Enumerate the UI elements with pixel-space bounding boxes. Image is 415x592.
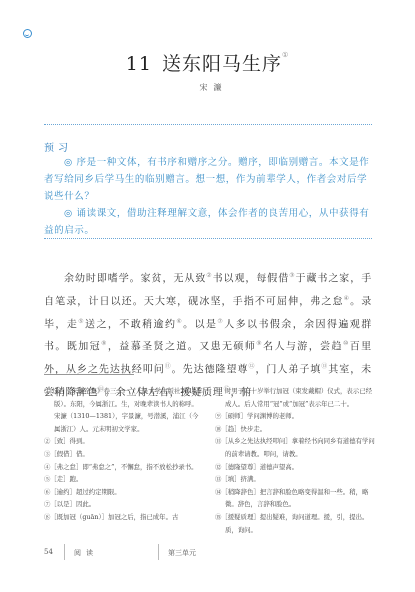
lesson-title-text: 送东阳马生序	[162, 53, 282, 75]
preview-bottom-divider	[44, 238, 372, 239]
footnote: ④［弗之怠］即“弗怠之”，不懈怠，指不放松抄录书。	[44, 461, 204, 474]
preview-paragraph-1: ◎ 序是一种文体，有书序和赠序之分。赠序，即临别赠言。本文是作者写给同乡后学马生…	[44, 154, 372, 205]
preview-top-divider	[44, 124, 372, 125]
smile-icon	[23, 29, 32, 38]
text-segment: 余幼时即嗜学。家贫，无从致	[64, 273, 206, 284]
footnote: ⑭［稍降辞色］把言辞和脸色略变得温和一些。稍，略微。辞色，言辞和脸色。	[215, 486, 375, 511]
preview-paragraph-2: ◎ 诵读课文，借助注释理解文意，体会作者的良苦用心，从中获得有益的启示。	[44, 205, 372, 239]
author: 宋濂	[0, 82, 415, 93]
footnote: ⑬［填］挤满。	[215, 473, 375, 486]
text-segment: 名人与游，尝趋	[263, 342, 343, 353]
text-segment: 。以是	[183, 319, 217, 330]
text-segment: 送之，不敢稍逾约	[85, 319, 176, 330]
footnote: ⑧［既加冠（guān）］加冠之后，指已成年。古	[44, 511, 204, 524]
text-segment: 书以观，每假借	[213, 273, 290, 284]
footnote: ⑦［以是］因此。	[44, 498, 204, 511]
footnote: ⑤［走］跑。	[44, 473, 204, 486]
preview-heading: 预习	[44, 139, 72, 154]
main-text: 余幼时即嗜学。家贫，无从致②书以观，每假借③于藏书之家，手自笔录，计日以还。天大…	[44, 266, 372, 403]
footnote: ⑮［援疑质理］提出疑难，询问道理。援，引，提出。质，询问。	[215, 511, 375, 536]
footnote: ⑥［逾约］超过约定期限。	[44, 486, 204, 499]
footnote: ⑫［德隆望尊］道德声望高。	[215, 461, 375, 474]
footer-divider	[64, 544, 65, 560]
text-segment: ，门人弟子填	[255, 365, 321, 376]
text-segment: ，益慕圣贤之道。又患无硕师	[108, 342, 256, 353]
title-note-mark[interactable]: ①	[282, 51, 289, 59]
footer-section: 阅读	[74, 548, 98, 558]
footer-unit: 第三单元	[168, 548, 196, 558]
footnote: 时男子二十岁举行加冠（束发戴帽）仪式，表示已经成人。后人常用“冠”或“加冠”表示…	[215, 385, 375, 410]
footer-divider	[158, 544, 159, 560]
footnotes-right: 时男子二十岁举行加冠（束发戴帽）仪式，表示已经成人。后人常用“冠”或“加冠”表示…	[215, 385, 375, 536]
footnote-mark[interactable]: ⑧	[101, 340, 108, 347]
footnotes-left: ① 选自《宋濂全集》卷三十一（人民文学出版社2014年版）。东阳，今属浙江。生，…	[44, 385, 204, 524]
footnote: ⑪［从乡之先达执经叩问］拿着经书向同乡有道德有学问的前辈请教。叩问，请教。	[215, 435, 375, 460]
lesson-title: 11送东阳马生序①	[0, 49, 415, 76]
footnote-divider	[44, 374, 134, 375]
lesson-number: 11	[126, 53, 152, 75]
footnote-mark[interactable]: ⑩	[343, 340, 350, 347]
text-segment: 。先达德隆望尊	[172, 365, 249, 376]
footnote: ① 选自《宋濂全集》卷三十一（人民文学出版社2014年版）。东阳，今属浙江。生，…	[44, 385, 204, 435]
footnote: ②［致］得到。	[44, 435, 204, 448]
footnote: ③［假借］借。	[44, 448, 204, 461]
footnote: ⑨［硕师］学问渊博的老师。	[215, 410, 375, 423]
page-number: 54	[44, 548, 53, 556]
footnote-mark[interactable]: ⑪	[165, 363, 172, 370]
footnote: ⑩［趋］快步走。	[215, 423, 375, 436]
